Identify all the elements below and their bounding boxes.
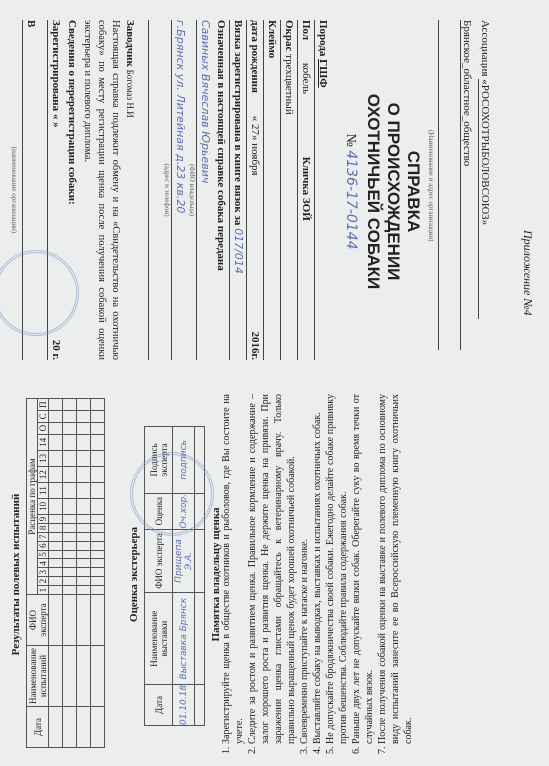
exterior-cell: 01.10.18 <box>173 684 195 725</box>
dob-year: 2016г. <box>247 331 263 360</box>
field-results-table: Дата Наименование испытаний ФИО эксперта… <box>26 398 105 748</box>
association-name: «РОСОХОТРЫБОЛОВСОЮЗ» <box>478 79 491 319</box>
sex-label: Пол <box>300 20 312 40</box>
mating-value: 017/014 <box>232 228 245 274</box>
name-value: ЗОЙ <box>300 198 312 221</box>
owner-address: г.Брянск ул. Литейная д.23 кв.20 <box>171 20 188 360</box>
score-col: 4 <box>38 559 49 568</box>
exterior-cell: Выставка Брянск <box>173 593 195 685</box>
results-half: Результаты полевых испытаний Дата Наимен… <box>0 383 549 766</box>
title-line-2: О ПРОИСХОЖДЕНИИ <box>383 0 403 383</box>
score-col: 3 <box>38 568 49 577</box>
score-col: 11 <box>38 483 49 499</box>
dob-value: « 27» ноября <box>249 116 261 176</box>
breed-value: ГШФ <box>317 59 329 88</box>
address-caption: (адрес и телефон) <box>163 20 171 360</box>
rereg-year: 20 г. <box>48 340 64 360</box>
number-label: № <box>343 133 358 146</box>
in-label: В <box>25 20 37 27</box>
org-caption: (Наименование и адрес организации) <box>427 130 435 241</box>
score-col: 13 <box>38 450 49 466</box>
sex-value: кобель <box>300 63 312 94</box>
owner-caption: (ФИО владельца) <box>188 20 196 360</box>
memo-list: Зарегистрируйте щенка в обществе охотник… <box>220 394 415 762</box>
round-stamp-2 <box>130 452 214 536</box>
score-col: 9 <box>38 514 49 523</box>
memo-item: Не допускайте бродяжничества своей собак… <box>324 394 350 744</box>
memo-item: Выставляйте собаку на выводках, выставка… <box>311 394 324 744</box>
society-name: Брянское_областное_общество <box>460 20 473 350</box>
score-col: П <box>38 399 49 411</box>
score-col: 1 <box>38 586 49 595</box>
memo-item: Следите за ростом и развитием щенка. Пра… <box>246 394 298 744</box>
memo-item: После получения собакой оценки на выстав… <box>376 394 415 744</box>
field-results-title: Результаты полевых испытаний <box>10 383 22 766</box>
breeder-value: Богомаз Н.И <box>125 70 135 118</box>
certificate-number: 4136-17-0144 <box>343 150 359 249</box>
mating-label: Вязка зарегистрирована в книге вязок за <box>232 20 244 225</box>
certificate-half: Приложение №4 Ассоциация «РОСОХОТРЫБОЛОВ… <box>0 0 549 383</box>
owner-label: Означенная в настоящей справке собака пе… <box>215 20 227 271</box>
score-col: С <box>38 411 49 422</box>
title-line-1: СПРАВКА <box>403 0 423 383</box>
exterior-cell: Прищепа Э.А. <box>173 529 195 593</box>
memo-item: Раньше двух лет не допускайте вязки соба… <box>350 394 376 744</box>
score-col: 14 <box>38 434 49 450</box>
memo-item: Зарегистрируйте щенка в обществе охотник… <box>220 394 246 744</box>
score-col: 12 <box>38 467 49 483</box>
brand-label: Клеймо <box>266 20 278 58</box>
score-col: 10 <box>38 498 49 514</box>
association-label: Ассоциация <box>479 20 491 76</box>
color-label: Окрас <box>283 20 295 51</box>
notice-text: Настоящая справка подлежит обмену и на «… <box>80 20 122 360</box>
col-expert: ФИО эксперта <box>27 595 49 646</box>
org-blank-line <box>438 20 451 350</box>
score-col: 5 <box>38 550 49 559</box>
score-col: 7 <box>38 532 49 541</box>
memo-item: Своевременно приступайте к натаске и наг… <box>298 394 311 744</box>
dob-label: дата рождения <box>249 20 261 93</box>
appendix-label: Приложение №4 <box>520 230 535 316</box>
score-col: 8 <box>38 523 49 532</box>
breed-label: Порода <box>317 20 329 56</box>
col-date: Дата <box>27 707 49 748</box>
owner-name: Савиных Вячеслав Юрьевич <box>196 20 213 360</box>
document-page: Приложение №4 Ассоциация «РОСОХОТРЫБОЛОВ… <box>0 0 549 766</box>
score-col: 2 <box>38 577 49 586</box>
exterior-header: Дата <box>145 684 173 725</box>
title-line-3: ОХОТНИЧЬЕЙ СОБАКИ <box>363 0 383 383</box>
col-test: Наименование испытаний <box>27 646 49 707</box>
name-label: Кличка <box>300 157 312 195</box>
col-scores: Расценка по графам <box>27 399 38 595</box>
score-col: 6 <box>38 541 49 550</box>
exterior-title: Оценка экстерьера <box>128 383 140 766</box>
breeder-label: Заводчик <box>124 20 136 67</box>
exterior-header: Наименование выставки <box>145 593 173 685</box>
title-block: СПРАВКА О ПРОИСХОЖДЕНИИ ОХОТНИЧЬЕЙ СОБАК… <box>340 0 423 383</box>
score-col: О <box>38 422 49 434</box>
color-value: трехцветный <box>283 54 295 115</box>
exterior-header: ФИО эксперта <box>145 529 173 593</box>
rereg-title: Сведения о перерегистрации собаки: <box>66 20 78 205</box>
association-line: Ассоциация «РОСОХОТРЫБОЛОВСОЮЗ» <box>478 20 491 319</box>
rereg-label: Зарегистрирована « » <box>50 20 62 128</box>
